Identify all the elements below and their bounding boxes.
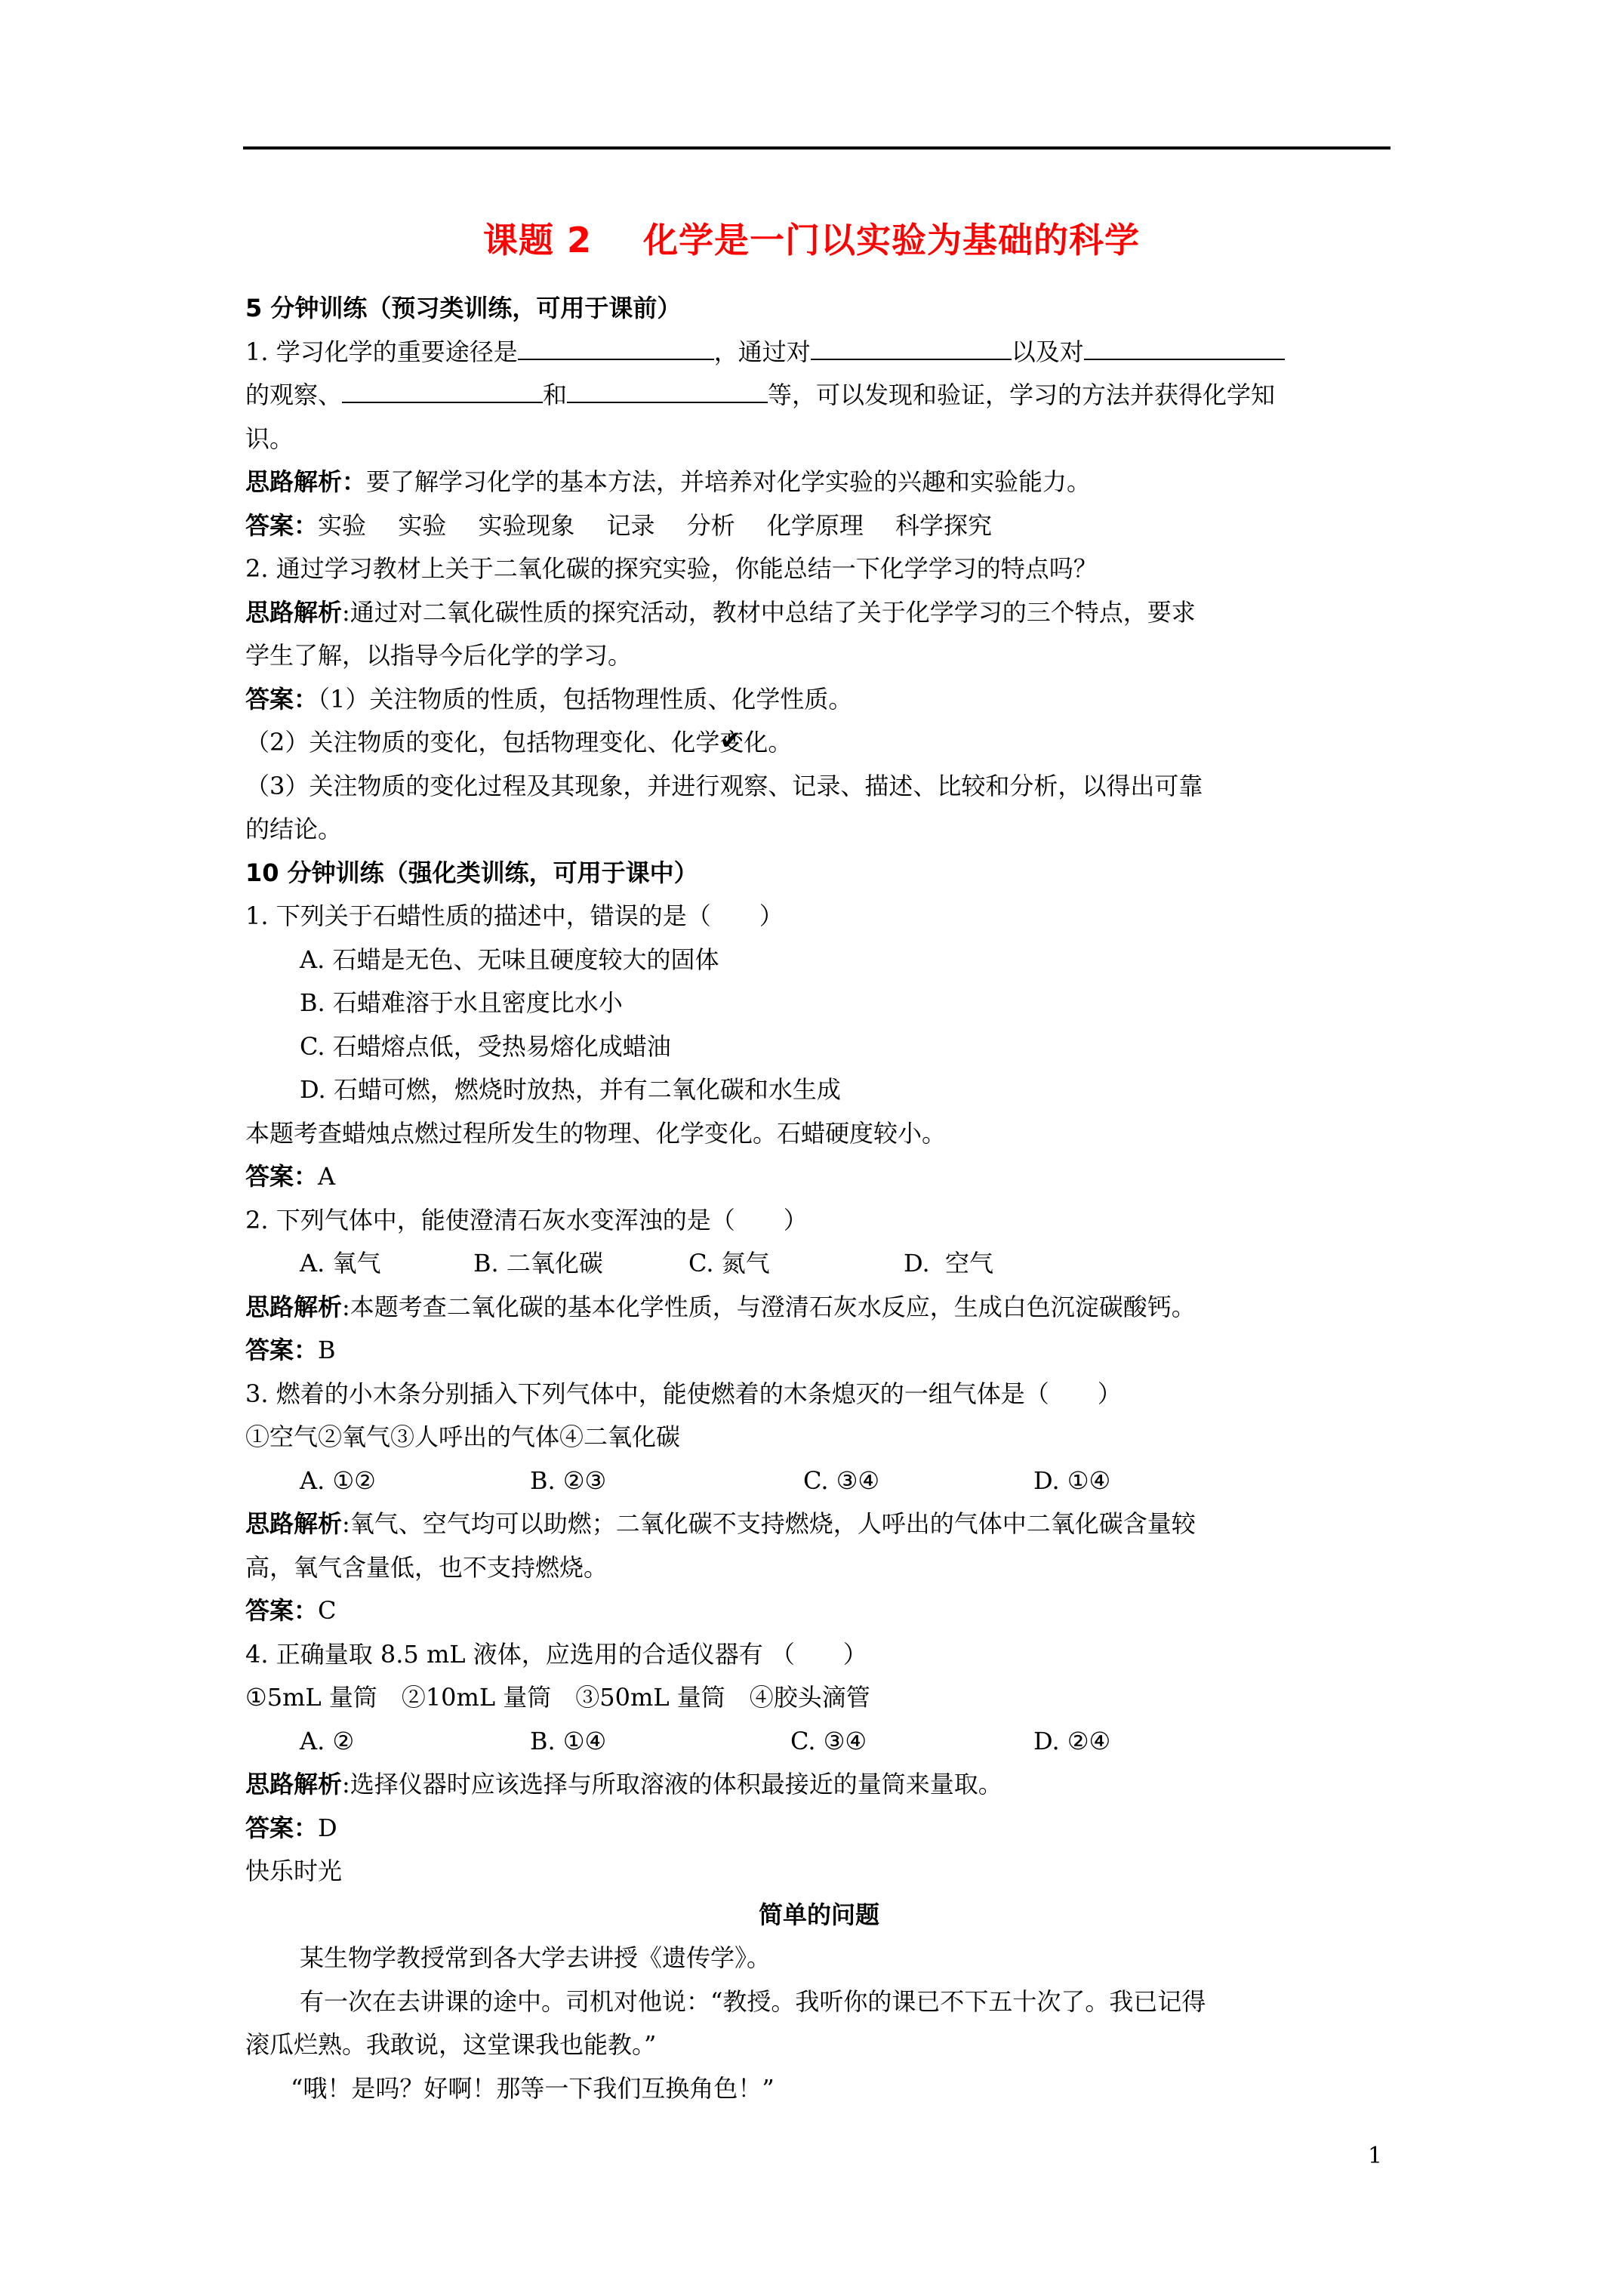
story-para-2b: 滚瓜烂熟。我敢说，这堂课我也能教。” bbox=[245, 2023, 1393, 2067]
answer-label: 答案： bbox=[245, 1814, 318, 1842]
p4-answer: 答案：D bbox=[245, 1807, 1393, 1851]
p1-note: 本题考查蜡烛点燃过程所发生的物理、化学变化。石蜡硬度较小。 bbox=[245, 1112, 1393, 1156]
q1-text: 和 bbox=[543, 381, 567, 409]
p4-analysis: 思路解析:选择仪器时应该选择与所取溶液的体积最接近的量筒来量取。 bbox=[245, 1763, 1393, 1807]
p2-option-b: B. 二氧化碳 bbox=[473, 1242, 688, 1286]
q2-answer-3b: 的结论。 bbox=[245, 808, 1393, 852]
page-number: 1 bbox=[1368, 2143, 1382, 2169]
p4-option-c: C. ③④ bbox=[790, 1720, 1033, 1764]
q2-analysis-1: 思路解析:通过对二氧化碳性质的探究活动，教材中总结了关于化学学习的三个特点，要求 bbox=[245, 591, 1393, 635]
analysis-text: :氧气、空气均可以助燃；二氧化碳不支持燃烧，人呼出的气体中二氧化碳含量较 bbox=[342, 1509, 1196, 1538]
p2-option-d: D. 空气 bbox=[904, 1242, 993, 1286]
p2-option-c: C. 氮气 bbox=[688, 1242, 904, 1286]
p2-answer: 答案：B bbox=[245, 1329, 1393, 1373]
p4-option-d: D. ②④ bbox=[1033, 1720, 1110, 1764]
p4-option-a: A. ② bbox=[300, 1720, 530, 1764]
answer-text: B bbox=[318, 1336, 336, 1364]
q1-text: 1. 学习化学的重要途径是 bbox=[245, 337, 518, 366]
analysis-label: 思路解析： bbox=[245, 467, 366, 496]
p3-options: A. ①②B. ②③C. ③④D. ①④ bbox=[245, 1459, 1393, 1503]
analysis-label: 思路解析 bbox=[245, 1770, 342, 1798]
story-title: 简单的问题 bbox=[245, 1894, 1393, 1937]
story-para-3: “哦！是吗？好啊！那等一下我们互换角色！” bbox=[245, 2067, 1393, 2111]
answer-label: 答案： bbox=[245, 1162, 318, 1191]
story-para-2a: 有一次在去讲课的途中。司机对他说：“教授。我听你的课已不下五十次了。我已记得 bbox=[245, 1980, 1393, 2024]
answer-text: A bbox=[318, 1162, 335, 1191]
p2-question: 2. 下列气体中，能使澄清石灰水变浑浊的是（ ） bbox=[245, 1199, 1393, 1243]
fun-header: 快乐时光 bbox=[245, 1850, 1393, 1894]
p3-option-d: D. ①④ bbox=[1033, 1459, 1110, 1503]
p4-items: ①5mL 量筒 ②10mL 量筒 ③50mL 量筒 ④胶头滴管 bbox=[245, 1676, 1393, 1720]
blank-5 bbox=[567, 379, 768, 403]
p1-option-c: C. 石蜡熔点低，受热易熔化成蜡油 bbox=[245, 1025, 1393, 1069]
p3-question: 3. 燃着的小木条分别插入下列气体中，能使燃着的木条熄灭的一组气体是（ ） bbox=[245, 1373, 1393, 1416]
document-body: 5 分钟训练（预习类训练，可用于课前） 1. 学习化学的重要途径是，通过对以及对… bbox=[245, 287, 1393, 2110]
q1-analysis: 思路解析：要了解学习化学的基本方法，并培养对化学实验的兴趣和实验能力。 bbox=[245, 461, 1393, 504]
q1-text: 等，可以发现和验证，学习的方法并获得化学知 bbox=[768, 381, 1275, 409]
p4-options: A. ②B. ①④C. ③④D. ②④ bbox=[245, 1720, 1393, 1764]
answer-text: （1）关注物质的性质，包括物理性质、化学性质。 bbox=[318, 685, 852, 713]
p3-option-c: C. ③④ bbox=[803, 1459, 1033, 1503]
q2-answer-2: （2）关注物质的变化，包括物理变化、化学变化。✔ bbox=[245, 721, 1393, 765]
analysis-label: 思路解析 bbox=[245, 598, 342, 627]
answer-text: C bbox=[318, 1596, 336, 1625]
answer-label: 答案： bbox=[245, 1596, 318, 1625]
p2-options: A. 氧气B. 二氧化碳C. 氮气D. 空气 bbox=[245, 1242, 1393, 1286]
q1-text: 的观察、 bbox=[245, 381, 342, 409]
p1-option-b: B. 石蜡难溶于水且密度比水小 bbox=[245, 982, 1393, 1025]
analysis-text: :选择仪器时应该选择与所取溶液的体积最接近的量筒来量取。 bbox=[342, 1770, 1002, 1798]
blank-3 bbox=[1084, 336, 1285, 360]
q1-line2: 的观察、和等，可以发现和验证，学习的方法并获得化学知 bbox=[245, 374, 1393, 418]
q1-text: ，通过对 bbox=[714, 337, 811, 366]
answer-label: 答案： bbox=[245, 685, 318, 713]
p1-answer: 答案：A bbox=[245, 1155, 1393, 1199]
analysis-text: 要了解学习化学的基本方法，并培养对化学实验的兴趣和实验能力。 bbox=[366, 467, 1091, 496]
q1-line1: 1. 学习化学的重要途径是，通过对以及对 bbox=[245, 331, 1393, 374]
p2-option-a: A. 氧气 bbox=[300, 1242, 473, 1286]
q2-answer-3a: （3）关注物质的变化过程及其现象，并进行观察、记录、描述、比较和分析，以得出可靠 bbox=[245, 765, 1393, 809]
q1-answer: 答案：实验 实验 实验现象 记录 分析 化学原理 科学探究 bbox=[245, 504, 1393, 548]
blank-1 bbox=[518, 336, 714, 360]
p3-option-a: A. ①② bbox=[300, 1459, 530, 1503]
p1-option-d: D. 石蜡可燃，燃烧时放热，并有二氧化碳和水生成 bbox=[245, 1068, 1393, 1112]
answer-text: （2）关注物质的变化，包括物理变化、化学变化。 bbox=[245, 728, 792, 757]
q1-line3: 识。 bbox=[245, 418, 1393, 461]
answer-label: 答案： bbox=[245, 511, 318, 540]
story-para-1: 某生物学教授常到各大学去讲授《遗传学》。 bbox=[245, 1937, 1393, 1980]
q2-analysis-2: 学生了解，以指导今后化学的学习。 bbox=[245, 634, 1393, 678]
p4-option-b: B. ①④ bbox=[530, 1720, 790, 1764]
p3-items: ①空气②氧气③人呼出的气体④二氧化碳 bbox=[245, 1416, 1393, 1459]
q2-answer-1: 答案：（1）关注物质的性质，包括物理性质、化学性质。 bbox=[245, 678, 1393, 722]
analysis-text: :通过对二氧化碳性质的探究活动，教材中总结了关于化学学习的三个特点，要求 bbox=[342, 598, 1196, 627]
p3-analysis-2: 高，氧气含量低，也不支持燃烧。 bbox=[245, 1546, 1393, 1590]
p3-analysis-1: 思路解析:氧气、空气均可以助燃；二氧化碳不支持燃烧，人呼出的气体中二氧化碳含量较 bbox=[245, 1502, 1393, 1546]
answer-label: 答案： bbox=[245, 1336, 318, 1364]
p3-option-b: B. ②③ bbox=[530, 1459, 803, 1503]
blank-2 bbox=[811, 336, 1012, 360]
p3-answer: 答案：C bbox=[245, 1589, 1393, 1633]
page-title: 课题 2 化学是一门以实验为基础的科学 bbox=[0, 213, 1623, 263]
section-header-10min: 10 分钟训练（强化类训练，可用于课中） bbox=[245, 852, 1393, 895]
q1-text: 以及对 bbox=[1012, 337, 1084, 366]
p1-option-a: A. 石蜡是无色、无味且硬度较大的固体 bbox=[245, 938, 1393, 982]
header-rule bbox=[243, 146, 1390, 149]
blank-4 bbox=[342, 379, 543, 403]
analysis-label: 思路解析 bbox=[245, 1509, 342, 1538]
p4-question: 4. 正确量取 8.5 mL 液体，应选用的合适仪器有 （ ） bbox=[245, 1633, 1393, 1677]
p1-question: 1. 下列关于石蜡性质的描述中，错误的是（ ） bbox=[245, 895, 1393, 938]
answer-text: D bbox=[318, 1814, 337, 1842]
p2-analysis: 思路解析:本题考查二氧化碳的基本化学性质，与澄清石灰水反应，生成白色沉淀碳酸钙。 bbox=[245, 1286, 1393, 1330]
answer-text: 实验 实验 实验现象 记录 分析 化学原理 科学探究 bbox=[318, 511, 992, 540]
analysis-label: 思路解析 bbox=[245, 1293, 342, 1321]
checkmark-icon: ✔ bbox=[719, 720, 741, 763]
analysis-text: :本题考查二氧化碳的基本化学性质，与澄清石灰水反应，生成白色沉淀碳酸钙。 bbox=[342, 1293, 1196, 1321]
q2-question: 2. 通过学习教材上关于二氧化碳的探究实验，你能总结一下化学学习的特点吗？ bbox=[245, 547, 1393, 591]
section-header-5min: 5 分钟训练（预习类训练，可用于课前） bbox=[245, 287, 1393, 331]
